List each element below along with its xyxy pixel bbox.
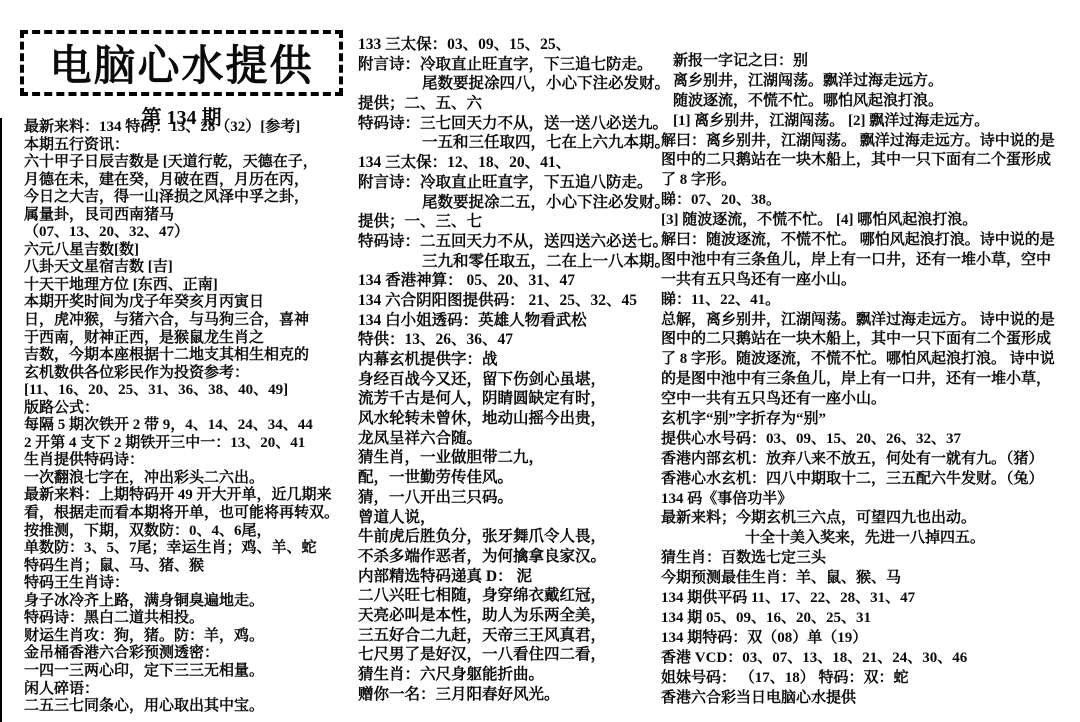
text-line: 今日之大吉，得一山泽损之风泽中孚之卦，: [24, 189, 358, 207]
text-line: 134 六合阴阳图提供码： 21、25、32、45: [358, 291, 660, 311]
text-line: 了 8 字形。随波逐流，不慌不忙。哪怕风起浪打浪。 诗中说: [661, 350, 1077, 370]
text-line: 特码诗：二五回天力不从，送四送六必送七。: [358, 232, 660, 252]
text-line: 身经百战今又还，留下伤剑心虽堪，: [358, 370, 660, 390]
text-line: 提供；二、五、六: [358, 94, 660, 114]
text-line: 流芳千古是何人，阴睛圆缺定有时，: [358, 389, 660, 409]
text-line: 猜，一八开出三只码。: [358, 488, 660, 508]
text-line: 图中的二只鹅站在一块木船上，其中一只下面有二个蛋形成: [661, 151, 1077, 171]
text-line: 特码诗：三七回天力不从，送一送八必送九。: [358, 114, 660, 134]
text-line: 解曰：随波逐流，不慌不忙。 哪怕风起浪打浪。诗中说的是: [661, 231, 1077, 251]
text-line: 不杀多端作恶者，为何擒拿良家汉。: [358, 547, 660, 567]
text-line: 2 开第 4 支下 2 期铁开三中一：13、20、41: [24, 435, 358, 453]
text-line: 六元八星吉数[数]: [24, 242, 358, 260]
text-line: 属量卦，艮司西南猪马: [24, 207, 358, 225]
text-line: 最新来料：上期特码开 49 开大开单，近几期来: [24, 487, 358, 505]
text-line: 内部精选特码递真 D： 泥: [358, 567, 660, 587]
text-line: 每隔 5 期次铁开 2 带 9，4、14、24、34、44: [24, 417, 358, 435]
text-line: 特码王生肖诗：: [24, 575, 358, 593]
title-box: 电脑心水提供: [20, 30, 343, 96]
text-line: 玄机字“别”字折存为“别”: [661, 410, 1077, 430]
text-line: 134 白小姐透码：英雄人物看武松: [358, 311, 660, 331]
text-line: 香港心水玄机：四八中期取十二，三五配六牛发财。（兔）: [661, 470, 1077, 490]
text-line: 尾数要捉凃四八，小心下注必发财。: [358, 74, 660, 94]
text-line: 月德在未，建在癸，月破在酉，月历在丙，: [24, 172, 358, 190]
text-line: 睇：07、20、38。: [661, 191, 1077, 211]
text-line: 总解，离乡别井，江湖闯荡。飘洋过海走远方。 诗中说的是: [661, 311, 1077, 331]
text-line: [1] 离乡别井，江湖闯荡。 [2] 飘洋过海走远方。: [661, 112, 1077, 132]
text-line: 睇：11、22、41。: [661, 291, 1077, 311]
text-line: 图中的二只鹅站在一块木船上，其中一只下面有二个蛋形成: [661, 330, 1077, 350]
text-line: 一共有五只鸟还有一座小山。: [661, 271, 1077, 291]
text-line: 本期五行资讯：: [24, 137, 358, 155]
text-line: 134 码《事倍功半》: [661, 490, 1077, 510]
text-line: 曾道人说，: [358, 508, 660, 528]
page-edge-line: [0, 118, 2, 722]
text-line: 看，根据走而看本期将开单，也可能将再转双。: [24, 505, 358, 523]
text-line: 六十甲子日辰吉数是 [天道行乾，天德在子，: [24, 154, 358, 172]
text-line: 生肖提供特码诗：: [24, 452, 358, 470]
text-line: 十全十美入奖来，先进一八掉四五。: [661, 529, 1077, 549]
middle-column: 133 三太保：03、09、15、25、附言诗：冷取直止旺直字，下三追七防走。尾…: [358, 35, 660, 704]
text-line: 龙凤呈祥六合随。: [358, 429, 660, 449]
text-line: 今期预测最佳生肖：羊、鼠、猴、马: [661, 569, 1077, 589]
text-line: 风水轮转未曾休，地动山摇今出贵，: [358, 409, 660, 429]
text-line: [3] 随波逐流，不慌不忙。 [4] 哪怕风起浪打浪。: [661, 211, 1077, 231]
text-line: 附言诗：冷取直止旺直字，下三追七防走。: [358, 55, 660, 75]
text-line: 三九和零任取五，二在上一八本期。: [358, 252, 660, 272]
text-line: 猜生肖：六尺身躯能折曲。: [358, 665, 660, 685]
text-line: 随波逐流，不慌不忙。哪怕风起浪打浪。: [661, 92, 1077, 112]
text-line: 牛前虎后胜负分，张牙舞爪令人畏，: [358, 527, 660, 547]
text-line: 最新来料；今期玄机三六点，可望四九也出动。: [661, 509, 1077, 529]
text-line: 猜生肖，一业做胆带二九，: [358, 448, 660, 468]
text-line: 最新来料：134 特码：13、28（32）[参考]: [24, 119, 358, 137]
text-line: 134 期 05、09、16、20、25、31: [661, 609, 1077, 629]
text-line: 解曰：离乡别井，江湖闯荡。 飘洋过海走远方。诗中说的是: [661, 132, 1077, 152]
text-line: 三五好合二九赶，天帝三王风真君，: [358, 626, 660, 646]
text-line: 133 三太保：03、09、15、25、: [358, 35, 660, 55]
text-line: 附言诗：冷取直止旺直字，下五追八防走。: [358, 173, 660, 193]
text-line: 特码生肖；鼠、马、猪、猴: [24, 558, 358, 576]
text-line: 单数防：3、5、7尾；幸运生肖；鸡、羊、蛇: [24, 540, 358, 558]
text-line: 香港 VCD：03、07、13、18、21、24、30、46: [661, 649, 1077, 669]
text-line: 一次翻浪七字在，冲出彩头二六出。: [24, 470, 358, 488]
text-line: 提供心水号码：03、09、15、20、26、32、37: [661, 430, 1077, 450]
text-line: 特码诗：黑白二道共相投。: [24, 610, 358, 628]
text-line: 香港内部玄机：放弃八来不放五，何处有一就有九。（猪）: [661, 450, 1077, 470]
text-line: 一四一三两心印，定下三三无相量。: [24, 663, 358, 681]
text-line: 了 8 字形。: [661, 171, 1077, 191]
text-line: [11、16、20、25、31、36、38、40、49]: [24, 382, 358, 400]
text-line: 日，虎冲猴，与猪六合，与马狗三合，喜神: [24, 312, 358, 330]
text-line: 金吊桶香港六合彩预测透密：: [24, 645, 358, 663]
text-line: 图中池中有三条鱼儿，岸上有一口井，还有一堆小草，空中: [661, 251, 1077, 271]
text-line: 按推测，下期，双数防：0、4、6尾，: [24, 523, 358, 541]
text-line: 内幕玄机提供字：战: [358, 350, 660, 370]
text-line: 十天干地理方位 [东西、正南]: [24, 277, 358, 295]
text-line: （07、13、20、32、47）: [24, 224, 358, 242]
right-column: 新报一字记之曰：别离乡别井，江湖闯荡。飘洋过海走远方。随波逐流，不慌不忙。哪怕风…: [661, 52, 1077, 708]
text-line: 于西南，财神正西，是猴鼠龙生肖之: [24, 330, 358, 348]
text-line: 身子冰冷齐上路，满身铜臭遍地走。: [24, 593, 358, 611]
left-column: 最新来料：134 特码：13、28（32）[参考]本期五行资讯：六十甲子日辰吉数…: [24, 119, 358, 716]
text-line: 姐妹号码： （17、18） 特码：双：蛇: [661, 669, 1077, 689]
text-line: 134 期供平码 11、17、22、28、31、47: [661, 589, 1077, 609]
text-line: 香港六合彩当日电脑心水提供: [661, 689, 1077, 709]
text-line: 七尺男了是好汉，一八看住四二看，: [358, 645, 660, 665]
text-line: 134 期特码：双（08）单（19）: [661, 629, 1077, 649]
text-line: 天亮必叫是本性，助人为乐两全美，: [358, 606, 660, 626]
text-line: 134 三太保：12、18、20、41、: [358, 153, 660, 173]
text-line: 赠你一名：三月阳春好风光。: [358, 685, 660, 705]
text-line: 吉数，今期本座根据十二地支其相生相克的: [24, 347, 358, 365]
text-line: 闲人碎语：: [24, 681, 358, 699]
text-line: 134 香港神算： 05、20、31、47: [358, 271, 660, 291]
page-title: 电脑心水提供: [49, 33, 313, 93]
text-line: 的是图中池中有三条鱼儿，岸上有一口井，还有一堆小草，: [661, 370, 1077, 390]
text-line: 二八兴旺七相随，身穿绵衣戴红冠，: [358, 586, 660, 606]
text-line: 玄机数供各位彩民作为投资参考：: [24, 365, 358, 383]
text-line: 新报一字记之曰：别: [661, 52, 1077, 72]
text-line: 离乡别井，江湖闯荡。飘洋过海走远方。: [661, 72, 1077, 92]
text-line: 财运生肖攻：狗，猪。防：羊，鸡。: [24, 628, 358, 646]
text-line: 猜生肖：百数选七定三头: [661, 549, 1077, 569]
text-line: 特供：13、26、36、47: [358, 330, 660, 350]
text-line: 尾数要捉凃二五，小心下注必发财。: [358, 193, 660, 213]
text-line: 二五三七同条心，用心取出其中宝。: [24, 698, 358, 716]
text-line: 版路公式：: [24, 400, 358, 418]
text-line: 配，一世勤劳传佳风。: [358, 468, 660, 488]
text-line: 本期开奖时间为戊子年癸亥月丙寅日: [24, 294, 358, 312]
scanned-lottery-sheet: 电脑心水提供 第 134 期 最新来料：134 特码：13、28（32）[参考]…: [0, 0, 1080, 722]
text-line: 空中一共有五只鸟还有一座小山。: [661, 390, 1077, 410]
text-line: 一五和三任取四，七在上六九本期。: [358, 133, 660, 153]
text-line: 八卦天文星宿吉数 [吉]: [24, 259, 358, 277]
text-line: 提供；一、三、七: [358, 212, 660, 232]
